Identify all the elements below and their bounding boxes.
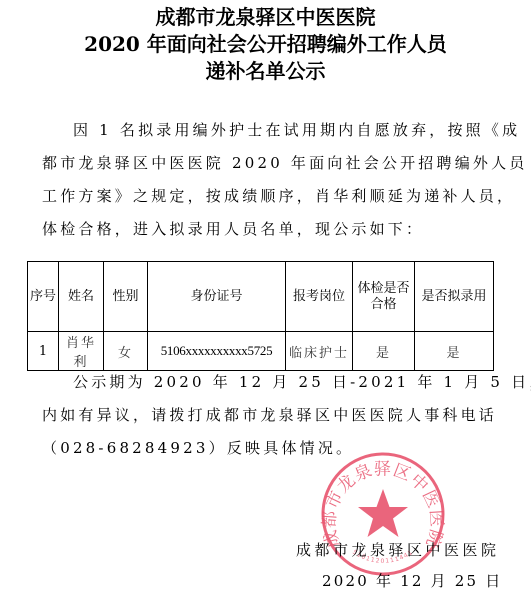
cell-position: 临床护士: [286, 332, 353, 371]
header-index: 序号: [28, 262, 59, 332]
header-position: 报考岗位: [286, 262, 353, 332]
header-id-number: 身份证号: [148, 262, 286, 332]
notice-line: 内如有异议，请拨打成都市龙泉驿区中医医院人事科电话: [42, 399, 494, 432]
document-title: 成都市龙泉驿区中医医院 2020 年面向社会公开招聘编外工作人员 递补名单公示: [0, 4, 531, 85]
intro-line: 因 1 名拟录用编外护士在试用期内自愿放弃，按照《成: [42, 114, 494, 147]
header-hired: 是否拟录用: [415, 262, 494, 332]
candidate-table: 序号 姓名 性别 身份证号 报考岗位 体检是否 合格 是否拟录用 1 肖华利 女…: [27, 261, 494, 371]
svg-text:成都市龙泉驿区中医医院: 成都市龙泉驿区中医医院: [320, 459, 446, 550]
header-medical-passed: 体检是否 合格: [353, 262, 415, 332]
cell-medical-passed: 是: [353, 332, 415, 371]
table-header-row: 序号 姓名 性别 身份证号 报考岗位 体检是否 合格 是否拟录用: [28, 262, 494, 332]
notice-line: （028-68284923）反映具体情况。: [42, 432, 494, 465]
cell-index: 1: [28, 332, 59, 371]
title-line-hospital: 成都市龙泉驿区中医医院: [0, 4, 531, 31]
signature-organization: 成都市龙泉驿区中医医院: [296, 539, 500, 560]
notice-paragraph: 公示期为 2020 年 12 月 25 日-2021 年 1 月 5 日，公示期…: [42, 366, 494, 465]
intro-line: 体检合格，进入拟录用人员名单，现公示如下：: [42, 213, 494, 246]
title-line-notice: 递补名单公示: [0, 58, 531, 85]
signature-date: 2020 年 12 月 25 日: [322, 570, 502, 591]
cell-id-number: 5106xxxxxxxxxx5725: [148, 332, 286, 371]
cell-hired: 是: [415, 332, 494, 371]
seal-text: 成都市龙泉驿区中医医院: [320, 459, 446, 550]
table-row: 1 肖华利 女 5106xxxxxxxxxx5725 临床护士 是 是: [28, 332, 494, 371]
cell-gender: 女: [104, 332, 148, 371]
intro-paragraph: 因 1 名拟录用编外护士在试用期内自愿放弃，按照《成 都市龙泉驿区中医医院 20…: [42, 114, 494, 246]
intro-line: 都市龙泉驿区中医医院 2020 年面向社会公开招聘编外人员: [42, 147, 494, 180]
header-gender: 性别: [104, 262, 148, 332]
header-medical-passed-line1: 体检是否: [357, 281, 409, 296]
cell-name: 肖华利: [59, 332, 104, 371]
title-line-recruitment: 2020 年面向社会公开招聘编外工作人员: [0, 31, 531, 58]
intro-line: 工作方案》之规定，按成绩顺序，肖华利顺延为递补人员，: [42, 180, 494, 213]
notice-line: 公示期为 2020 年 12 月 25 日-2021 年 1 月 5 日，公示期: [42, 366, 494, 399]
header-medical-passed-line2: 合格: [370, 297, 396, 312]
header-name: 姓名: [59, 262, 104, 332]
